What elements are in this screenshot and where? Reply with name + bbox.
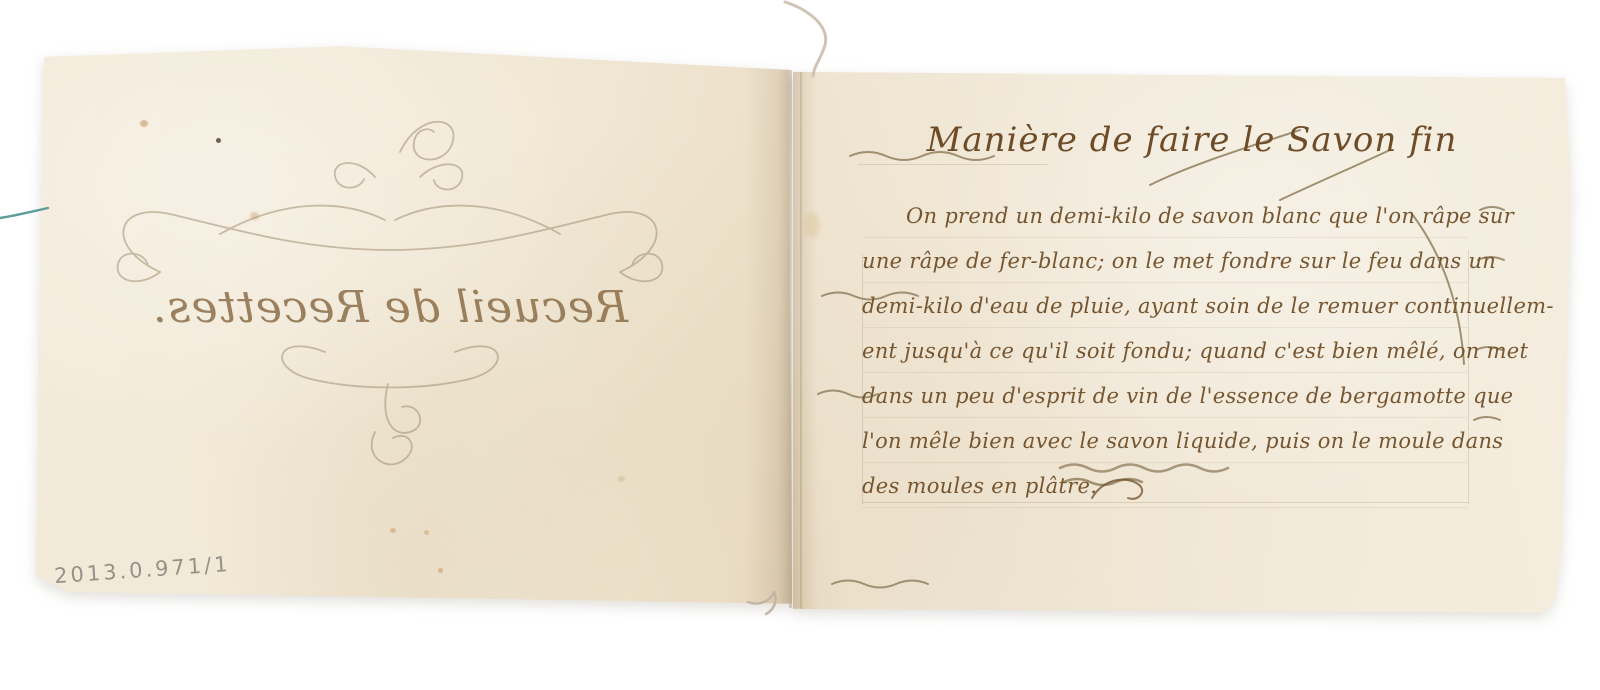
gutter-stain	[804, 212, 820, 238]
ruled-frame-bottom	[862, 502, 1469, 503]
foxing-stain	[250, 212, 259, 220]
recipe-line: une râpe de fer-blanc; on le met fondre …	[862, 249, 1502, 273]
foxing-stain	[140, 120, 148, 127]
foxing-stain	[390, 528, 396, 533]
left-page: Recueil de Recettes. 2013.0.971/1	[36, 44, 792, 606]
gutter-shadow	[746, 44, 792, 606]
foxing-stain	[424, 530, 429, 535]
title-rule-line	[858, 164, 1048, 165]
left-page-wrap: Recueil de Recettes. 2013.0.971/1	[36, 44, 792, 606]
showthrough-title: Recueil de Recettes.	[90, 282, 690, 333]
recipe-line: dans un peu d'esprit de vin de l'essence…	[862, 384, 1502, 408]
recipe-line: On prend un demi-kilo de savon blanc que…	[862, 204, 1502, 228]
teal-thread-icon	[0, 202, 50, 224]
catalog-number: 2013.0.971/1	[53, 552, 231, 588]
binding-thread-icon	[770, 0, 840, 80]
foxing-stain	[618, 476, 625, 482]
ink-speck	[216, 138, 221, 143]
right-page-wrap: Manière de faire le Savon fin On prend u…	[792, 64, 1572, 624]
recipe-line: l'on mêle bien avec le savon liquide, pu…	[862, 429, 1502, 453]
recipe-line: demi-kilo d'eau de pluie, ayant soin de …	[862, 294, 1502, 318]
right-page: Manière de faire le Savon fin On prend u…	[792, 64, 1572, 624]
manuscript-scan: Recueil de Recettes. 2013.0.971/1	[0, 0, 1600, 690]
recipe-line: ent jusqu'à ce qu'il soit fondu; quand c…	[862, 339, 1502, 363]
end-flourish-icon	[1088, 474, 1152, 506]
gutter-shadow	[792, 64, 818, 624]
underlying-page-edge	[800, 64, 802, 624]
recipe-line: des moules en plâtre.	[862, 474, 1502, 498]
recipe-title: Manière de faire le Savon fin	[912, 120, 1472, 160]
foxing-stain	[438, 568, 443, 573]
ruled-frame-left	[862, 254, 863, 504]
thread-tail-icon	[742, 590, 786, 618]
ruled-frame-right	[1468, 250, 1469, 504]
